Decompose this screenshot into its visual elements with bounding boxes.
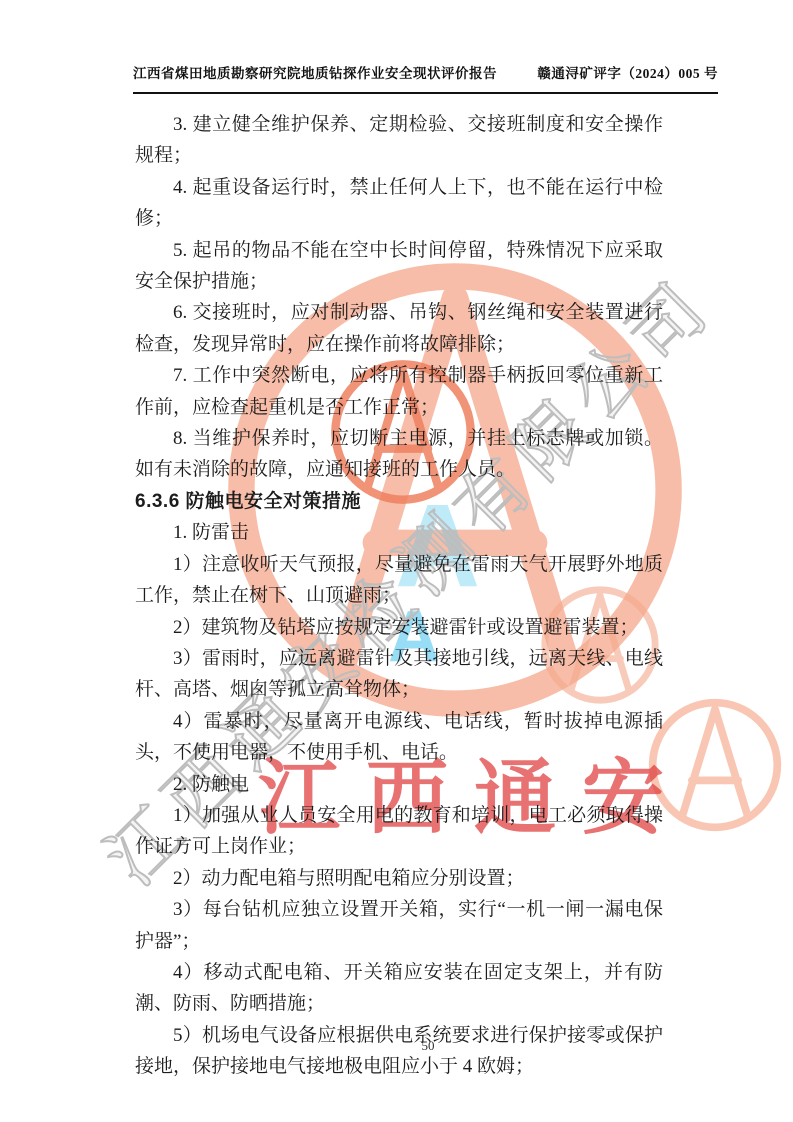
lightning-item-2: 2）建筑物及钻塔应按规定安装避雷针或设置避雷装置； bbox=[135, 612, 663, 643]
paragraph-7: 7. 工作中突然断电，应将所有控制器手柄扳回零位重新工作前，应检查起重机是否工作… bbox=[135, 360, 663, 423]
header-report-title: 江西省煤田地质勘察研究院地质钻探作业安全现状评价报告 bbox=[133, 62, 497, 82]
company-logo-watermark-corner bbox=[645, 695, 785, 835]
document-body: 3. 建立健全维护保养、定期检验、交接班制度和安全操作规程； 4. 起重设备运行… bbox=[135, 109, 663, 1083]
header-document-number: 赣通浔矿评字（2024）005 号 bbox=[537, 62, 718, 82]
shock-item-5: 5）机场电气设备应根据供电系统要求进行保护接零或保护接地，保护接地电气接地极电阻… bbox=[135, 1020, 663, 1083]
section-heading-6-3-6: 6.3.6 防触电安全对策措施 bbox=[135, 486, 663, 517]
subsection-electric-shock: 2. 防触电 bbox=[135, 769, 663, 800]
shock-item-4: 4）移动式配电箱、开关箱应安装在固定支架上，并有防潮、防雨、防晒措施； bbox=[135, 957, 663, 1020]
paragraph-3: 3. 建立健全维护保养、定期检验、交接班制度和安全操作规程； bbox=[135, 109, 663, 172]
subsection-lightning: 1. 防雷击 bbox=[135, 517, 663, 548]
paragraph-6: 6. 交接班时，应对制动器、吊钩、钢丝绳和安全装置进行检查，发现异常时，应在操作… bbox=[135, 297, 663, 360]
document-page: A A 江西通安检测有限公司 江西通安 江西省煤田地质勘察研究院地质钻探作业安全… bbox=[0, 0, 793, 1122]
paragraph-4: 4. 起重设备运行时，禁止任何人上下，也不能在运行中检修； bbox=[135, 172, 663, 235]
header-rule bbox=[133, 92, 718, 94]
lightning-item-4: 4）雷暴时，尽量离开电源线、电话线，暂时拔掉电源插头，不使用电器，不使用手机、电… bbox=[135, 706, 663, 769]
lightning-item-1: 1）注意收听天气预报，尽量避免在雷雨天气开展野外地质工作，禁止在树下、山顶避雨； bbox=[135, 549, 663, 612]
paragraph-8: 8. 当维护保养时，应切断主电源，并挂上标志牌或加锁。如有未消除的故障，应通知接… bbox=[135, 423, 663, 486]
page-number: 50 bbox=[413, 1038, 443, 1054]
shock-item-1: 1）加强从业人员安全用电的教育和培训，电工必须取得操作证方可上岗作业； bbox=[135, 800, 663, 863]
page-header: 江西省煤田地质勘察研究院地质钻探作业安全现状评价报告 赣通浔矿评字（2024）0… bbox=[133, 62, 718, 82]
paragraph-5: 5. 起吊的物品不能在空中长时间停留，特殊情况下应采取安全保护措施； bbox=[135, 235, 663, 298]
shock-item-3: 3）每台钻机应独立设置开关箱，实行“一机一闸一漏电保护器”； bbox=[135, 894, 663, 957]
shock-item-2: 2）动力配电箱与照明配电箱应分别设置； bbox=[135, 863, 663, 894]
lightning-item-3: 3）雷雨时，应远离避雷针及其接地引线，远离天线、电线杆、高塔、烟囱等孤立高耸物体… bbox=[135, 643, 663, 706]
